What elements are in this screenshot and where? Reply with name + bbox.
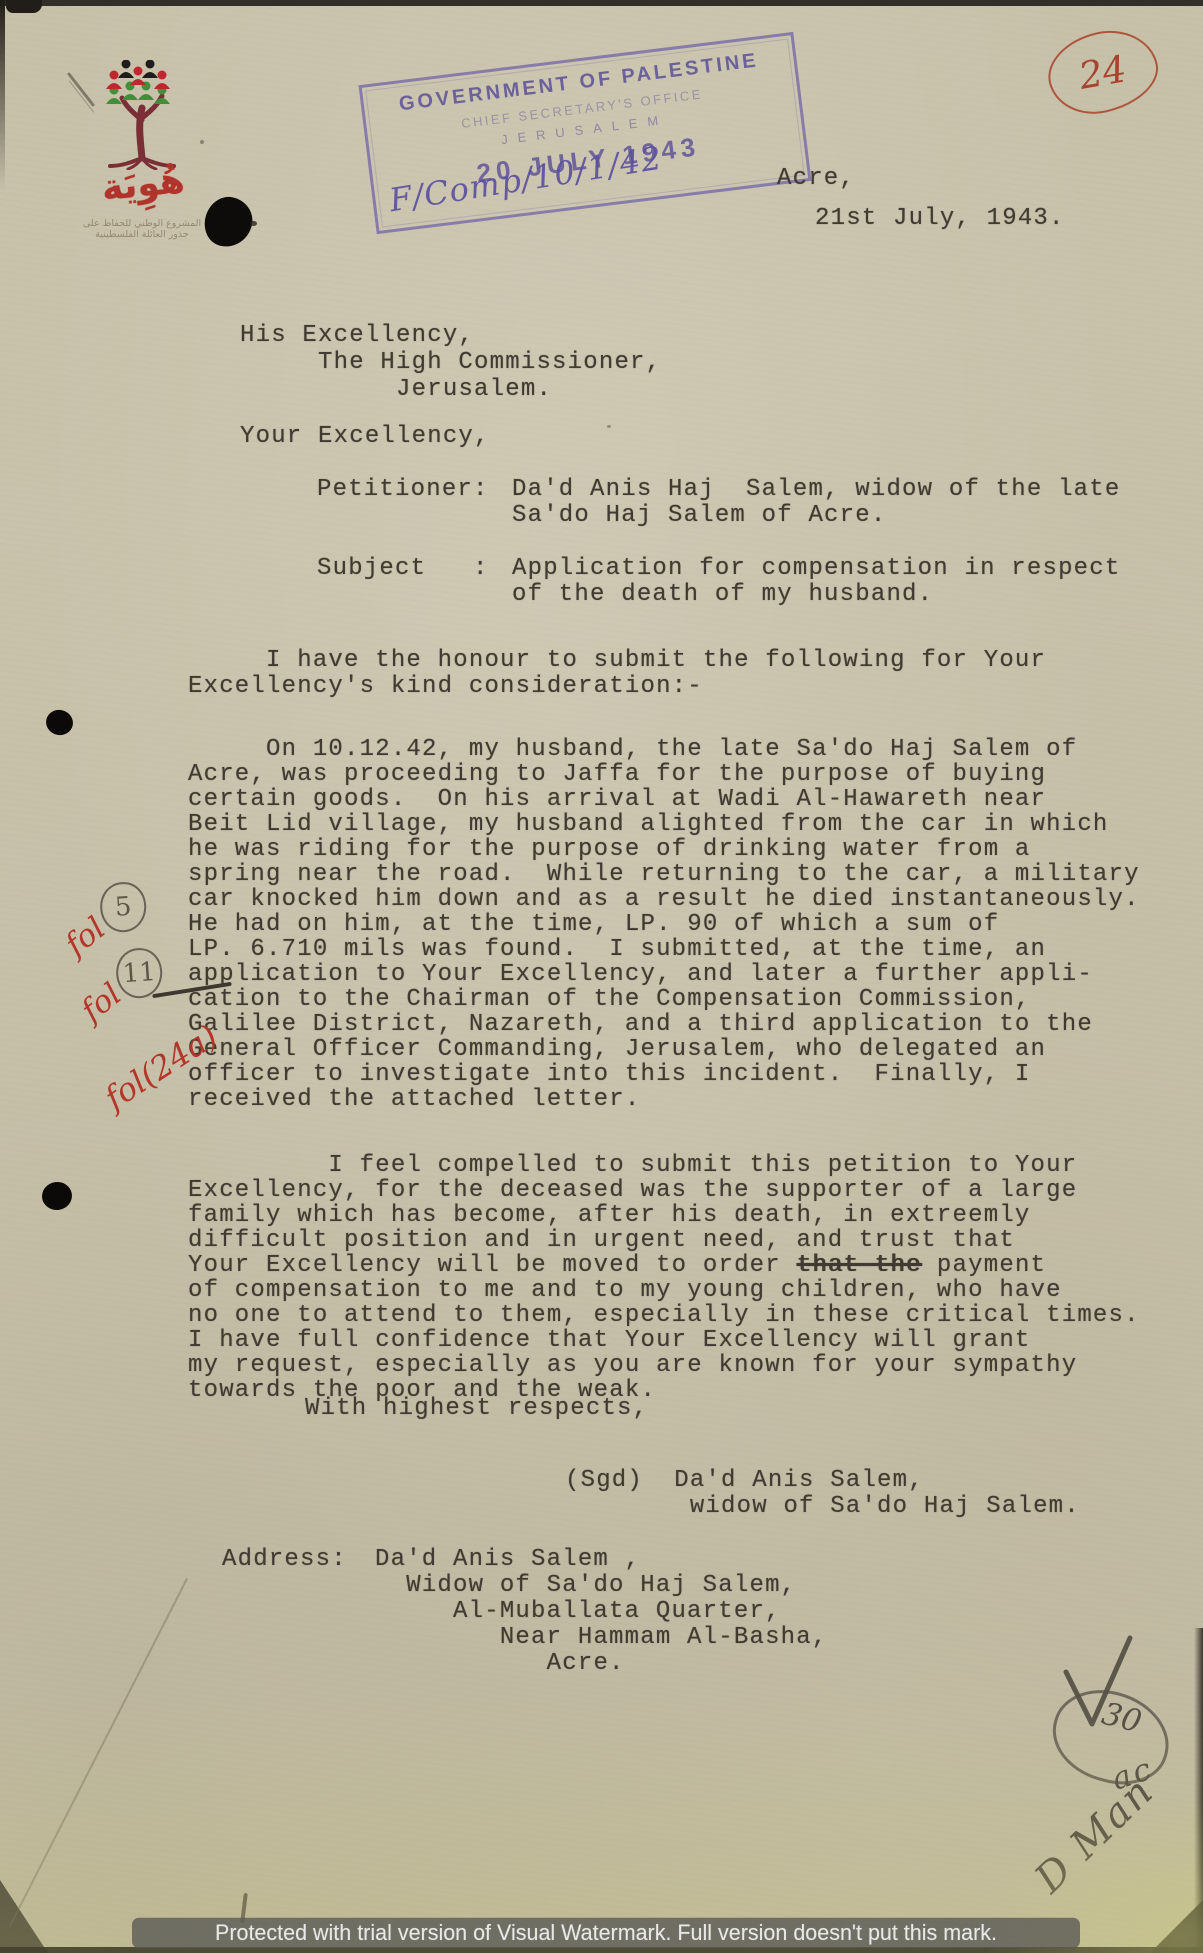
salutation: Your Excellency, bbox=[240, 424, 490, 449]
ink-speck bbox=[250, 221, 257, 226]
bottom-tint bbox=[0, 1700, 1203, 1953]
watermark-text: Protected with trial version of Visual W… bbox=[215, 1920, 997, 1946]
subject-label: Subject : bbox=[317, 556, 489, 581]
letter-date: 21st July, 1943. bbox=[815, 206, 1065, 231]
letter-place: Acre, bbox=[777, 166, 855, 191]
top-edge-shadow bbox=[0, 0, 1203, 6]
address-value: Da'd Anis Salem , Widow of Sa'do Haj Sal… bbox=[375, 1547, 827, 1677]
struck-words: that the bbox=[797, 1252, 922, 1279]
hole-punch-bottom bbox=[40, 1180, 74, 1212]
huwiyya-tree-icon bbox=[92, 60, 192, 170]
left-edge-shadow bbox=[0, 0, 5, 190]
archive-logo bbox=[92, 60, 192, 170]
document-page: هُوِيَة المشروع الوطني للحفاظ على جذور ا… bbox=[0, 0, 1203, 1953]
folio-circled-number: 5 bbox=[99, 881, 148, 934]
stamp-line2: CHIEF SECRETARY'S OFFICE bbox=[460, 86, 703, 131]
page-number-annotation: 24 bbox=[1040, 21, 1165, 124]
paper-speck-1 bbox=[200, 140, 204, 144]
watermark-bar: Protected with trial version of Visual W… bbox=[132, 1918, 1080, 1949]
recipient-block: His Excellency, The High Commissioner, J… bbox=[240, 322, 661, 403]
petitioner-value: Da'd Anis Haj Salem, widow of the late S… bbox=[512, 477, 1121, 529]
paragraph-3: I feel compelled to submit this petition… bbox=[188, 1128, 1140, 1428]
top-left-notch bbox=[6, 0, 42, 13]
bottom-right-corner bbox=[1150, 1900, 1203, 1953]
closing: With highest respects, bbox=[305, 1396, 648, 1421]
page-number-value: 24 bbox=[1076, 47, 1130, 98]
petitioner-label: Petitioner: bbox=[317, 477, 489, 502]
stamp-line1: GOVERNMENT OF PALESTINE bbox=[398, 49, 760, 116]
folio-circled-number: 11 bbox=[115, 947, 164, 1000]
pencil-signature: D Man bbox=[1026, 1768, 1163, 1902]
paper-speck-2 bbox=[607, 425, 611, 428]
paragraph-2: On 10.12.42, my husband, the late Sa'do … bbox=[188, 737, 1140, 1112]
bottom-left-corner bbox=[0, 1880, 48, 1953]
paper-crease bbox=[9, 1578, 188, 1926]
subject-value: Application for compensation in respect … bbox=[512, 556, 1121, 608]
hole-punch-top bbox=[43, 707, 75, 738]
signature-block: (Sgd) Da'd Anis Salem, widow of Sa'do Ha… bbox=[565, 1468, 1080, 1520]
paragraph-1: I have the honour to submit the followin… bbox=[188, 648, 1046, 700]
logo-arabic-subtitle: المشروع الوطني للحفاظ على جذور العائلة ا… bbox=[62, 218, 222, 240]
address-label: Address: bbox=[222, 1547, 347, 1572]
paper-scratch bbox=[67, 72, 95, 107]
